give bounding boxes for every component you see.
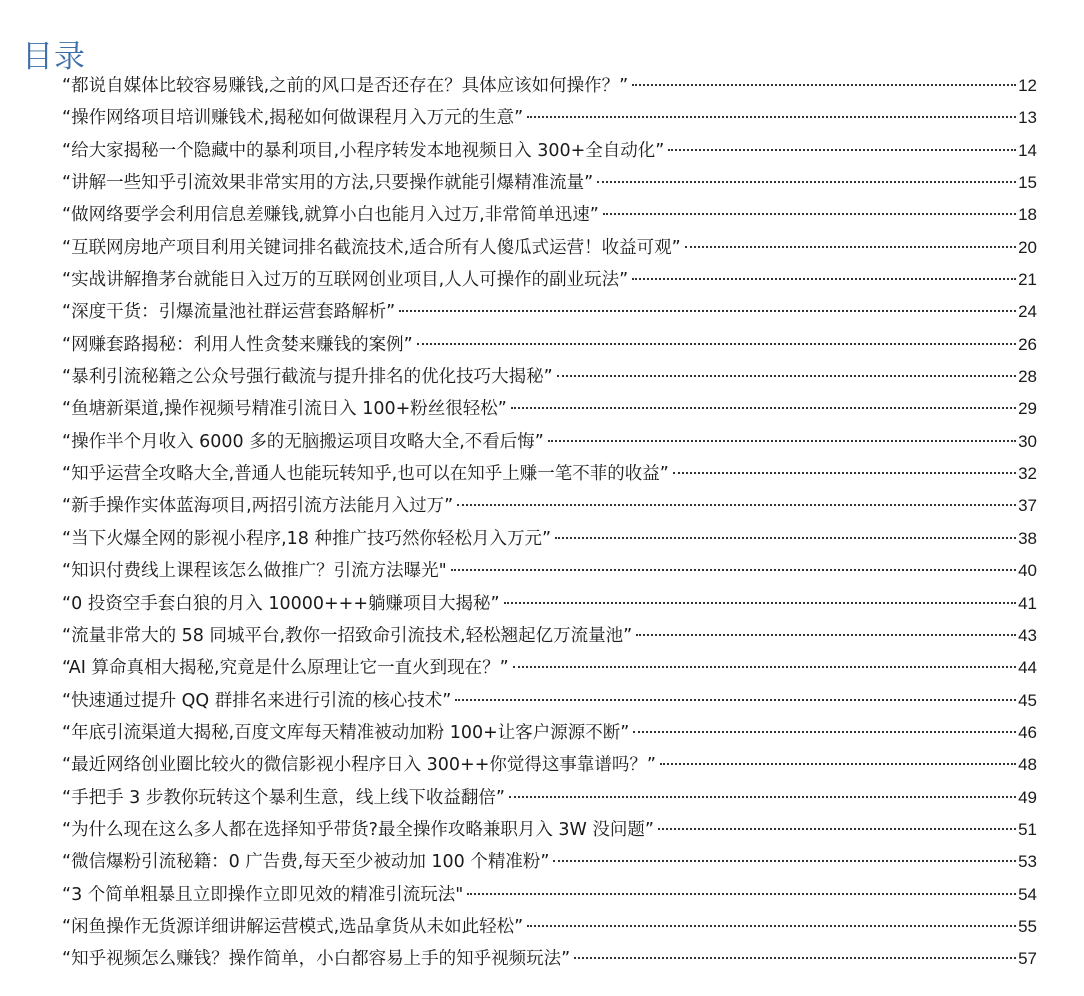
toc-page-number: 20	[1018, 232, 1037, 264]
dot-leader	[417, 343, 1016, 345]
dot-leader	[633, 731, 1016, 733]
toc-entry[interactable]: “微信爆粉引流秘籍：0 广告费,每天至少被动加 100 个精准粉”53	[62, 846, 1037, 878]
toc-page-number: 32	[1018, 458, 1037, 490]
dot-leader	[673, 472, 1016, 474]
dot-leader	[527, 116, 1016, 118]
toc-entry-title: “互联网房地产项目利用关键词排名截流技术,适合所有人傻瓜式运营！收益可观”	[62, 232, 681, 264]
toc-entry[interactable]: “讲解一些知乎引流效果非常实用的方法,只要操作就能引爆精准流量”15	[62, 167, 1037, 199]
toc-page-number: 53	[1018, 846, 1037, 878]
toc-entry-title: “知乎运营全攻略大全,普通人也能玩转知乎,也可以在知乎上赚一笔不菲的收益”	[62, 458, 669, 490]
dot-leader	[658, 828, 1016, 830]
dot-leader	[467, 893, 1016, 895]
toc-entry[interactable]: “当下火爆全网的影视小程序,18 种推广技巧然你轻松月入万元”38	[62, 523, 1037, 555]
toc-entry[interactable]: “深度干货：引爆流量池社群运营套路解析”24	[62, 296, 1037, 328]
toc-entry[interactable]: “快速通过提升 QQ 群排名来进行引流的核心技术”45	[62, 685, 1037, 717]
toc-entry-title: “流量非常大的 58 同城平台,教你一招致命引流技术,轻松翘起亿万流量池”	[62, 620, 632, 652]
toc-page-number: 13	[1018, 102, 1037, 134]
toc-entry-title: “年底引流渠道大揭秘,百度文库每天精准被动加粉 100+让客户源源不断”	[62, 717, 629, 749]
toc-entry[interactable]: “3 个简单粗暴且立即操作立即见效的精准引流玩法"54	[62, 879, 1037, 911]
dot-leader	[632, 278, 1016, 280]
toc-page-number: 37	[1018, 490, 1037, 522]
dot-leader	[451, 569, 1016, 571]
dot-leader	[399, 310, 1016, 312]
toc-entry[interactable]: “手把手 3 步教你玩转这个暴利生意，线上线下收益翻倍”49	[62, 782, 1037, 814]
toc-entry[interactable]: “互联网房地产项目利用关键词排名截流技术,适合所有人傻瓜式运营！收益可观”20	[62, 232, 1037, 264]
dot-leader	[632, 84, 1016, 86]
toc-entry[interactable]: “给大家揭秘一个隐藏中的暴利项目,小程序转发本地视频日入 300+全自动化”14	[62, 135, 1037, 167]
toc-entry-title: “深度干货：引爆流量池社群运营套路解析”	[62, 296, 395, 328]
toc-entry-title: “闲鱼操作无货源详细讲解运营模式,选品拿货从未如此轻松”	[62, 911, 523, 943]
dot-leader	[668, 149, 1016, 151]
dot-leader	[603, 213, 1016, 215]
dot-leader	[457, 504, 1016, 506]
dot-leader	[636, 634, 1016, 636]
toc-page-number: 24	[1018, 296, 1037, 328]
toc-page-number: 57	[1018, 943, 1037, 975]
dot-leader	[660, 763, 1016, 765]
dot-leader	[455, 699, 1016, 701]
toc-entry-title: “操作网络项目培训赚钱术,揭秘如何做课程月入万元的生意”	[62, 102, 523, 134]
dot-leader	[597, 181, 1016, 183]
toc-page-number: 28	[1018, 361, 1037, 393]
toc-entry-title: “做网络要学会利用信息差赚钱,就算小白也能月入过万,非常简单迅速”	[62, 199, 599, 231]
dot-leader	[513, 666, 1016, 668]
toc-entry[interactable]: “都说自媒体比较容易赚钱,之前的风口是否还存在？具体应该如何操作？”12	[62, 70, 1037, 102]
toc-entry[interactable]: “流量非常大的 58 同城平台,教你一招致命引流技术,轻松翘起亿万流量池”43	[62, 620, 1037, 652]
toc-entry[interactable]: “知乎运营全攻略大全,普通人也能玩转知乎,也可以在知乎上赚一笔不菲的收益”32	[62, 458, 1037, 490]
toc-entry-title: “0 投资空手套白狼的月入 10000+++躺赚项目大揭秘”	[62, 588, 500, 620]
dot-leader	[511, 407, 1016, 409]
toc-entry-title: “快速通过提升 QQ 群排名来进行引流的核心技术”	[62, 685, 451, 717]
toc-page-number: 44	[1018, 652, 1037, 684]
toc-page-number: 15	[1018, 167, 1037, 199]
toc-entry[interactable]: “闲鱼操作无货源详细讲解运营模式,选品拿货从未如此轻松”55	[62, 911, 1037, 943]
toc-entry[interactable]: “知识付费线上课程该怎么做推广？引流方法曝光"40	[62, 555, 1037, 587]
toc-entry[interactable]: “知乎视频怎么赚钱？操作简单，小白都容易上手的知乎视频玩法”57	[62, 943, 1037, 975]
toc-entry[interactable]: “网赚套路揭秘：利用人性贪婪来赚钱的案例”26	[62, 329, 1037, 361]
toc-entry[interactable]: “年底引流渠道大揭秘,百度文库每天精准被动加粉 100+让客户源源不断”46	[62, 717, 1037, 749]
toc-entry[interactable]: “操作半个月收入 6000 多的无脑搬运项目攻略大全,不看后悔”30	[62, 426, 1037, 458]
toc-page-number: 29	[1018, 393, 1037, 425]
toc-entry-title: “网赚套路揭秘：利用人性贪婪来赚钱的案例”	[62, 329, 413, 361]
toc-entry[interactable]: “最近网络创业圈比较火的微信影视小程序日入 300++你觉得这事靠谱吗？”48	[62, 749, 1037, 781]
toc-page-number: 40	[1018, 555, 1037, 587]
toc-entry[interactable]: “为什么现在这么多人都在选择知乎带货?最全操作攻略兼职月入 3W 没问题”51	[62, 814, 1037, 846]
toc-entry-title: “都说自媒体比较容易赚钱,之前的风口是否还存在？具体应该如何操作？”	[62, 70, 628, 102]
toc-entry-title: “最近网络创业圈比较火的微信影视小程序日入 300++你觉得这事靠谱吗？”	[62, 749, 656, 781]
toc-entry-title: “新手操作实体蓝海项目,两招引流方法能月入过万”	[62, 490, 453, 522]
toc-page-number: 48	[1018, 749, 1037, 781]
toc-list: “都说自媒体比较容易赚钱,之前的风口是否还存在？具体应该如何操作？”12 “操作…	[62, 70, 1037, 976]
dot-leader	[557, 375, 1016, 377]
toc-page-number: 43	[1018, 620, 1037, 652]
toc-entry[interactable]: “实战讲解撸茅台就能日入过万的互联网创业项目,人人可操作的副业玩法”21	[62, 264, 1037, 296]
toc-page-number: 49	[1018, 782, 1037, 814]
toc-page-number: 51	[1018, 814, 1037, 846]
toc-entry-title: “知识付费线上课程该怎么做推广？引流方法曝光"	[62, 555, 447, 587]
toc-entry[interactable]: “AI 算命真相大揭秘,究竟是什么原理让它一直火到现在？”44	[62, 652, 1037, 684]
dot-leader	[504, 602, 1017, 604]
toc-entry-title: “微信爆粉引流秘籍：0 广告费,每天至少被动加 100 个精准粉”	[62, 846, 549, 878]
toc-entry[interactable]: “鱼塘新渠道,操作视频号精准引流日入 100+粉丝很轻松”29	[62, 393, 1037, 425]
toc-entry-title: “操作半个月收入 6000 多的无脑搬运项目攻略大全,不看后悔”	[62, 426, 544, 458]
toc-entry-title: “实战讲解撸茅台就能日入过万的互联网创业项目,人人可操作的副业玩法”	[62, 264, 628, 296]
toc-page-number: 26	[1018, 329, 1037, 361]
dot-leader	[527, 925, 1016, 927]
toc-entry-title: “讲解一些知乎引流效果非常实用的方法,只要操作就能引爆精准流量”	[62, 167, 593, 199]
dot-leader	[555, 537, 1016, 539]
toc-entry-title: “为什么现在这么多人都在选择知乎带货?最全操作攻略兼职月入 3W 没问题”	[62, 814, 654, 846]
toc-page-number: 46	[1018, 717, 1037, 749]
toc-entry-title: “AI 算命真相大揭秘,究竟是什么原理让它一直火到现在？”	[62, 652, 509, 684]
toc-entry-title: “知乎视频怎么赚钱？操作简单，小白都容易上手的知乎视频玩法”	[62, 943, 570, 975]
toc-page-number: 18	[1018, 199, 1037, 231]
toc-entry[interactable]: “操作网络项目培训赚钱术,揭秘如何做课程月入万元的生意”13	[62, 102, 1037, 134]
toc-entry-title: “手把手 3 步教你玩转这个暴利生意，线上线下收益翻倍”	[62, 782, 505, 814]
toc-page-number: 30	[1018, 426, 1037, 458]
toc-entry-title: “鱼塘新渠道,操作视频号精准引流日入 100+粉丝很轻松”	[62, 393, 507, 425]
dot-leader	[509, 796, 1016, 798]
toc-page-number: 21	[1018, 264, 1037, 296]
toc-entry[interactable]: “做网络要学会利用信息差赚钱,就算小白也能月入过万,非常简单迅速”18	[62, 199, 1037, 231]
toc-page-number: 12	[1018, 70, 1037, 102]
toc-entry-title: “给大家揭秘一个隐藏中的暴利项目,小程序转发本地视频日入 300+全自动化”	[62, 135, 664, 167]
dot-leader	[685, 246, 1016, 248]
toc-page-number: 55	[1018, 911, 1037, 943]
toc-page-number: 54	[1018, 879, 1037, 911]
toc-entry[interactable]: “新手操作实体蓝海项目,两招引流方法能月入过万”37	[62, 490, 1037, 522]
toc-page-number: 45	[1018, 685, 1037, 717]
toc-entry[interactable]: “0 投资空手套白狼的月入 10000+++躺赚项目大揭秘”41	[62, 588, 1037, 620]
dot-leader	[574, 957, 1016, 959]
toc-entry[interactable]: “暴利引流秘籍之公众号强行截流与提升排名的优化技巧大揭秘”28	[62, 361, 1037, 393]
dot-leader	[553, 860, 1016, 862]
toc-entry-title: “暴利引流秘籍之公众号强行截流与提升排名的优化技巧大揭秘”	[62, 361, 553, 393]
toc-page-number: 38	[1018, 523, 1037, 555]
dot-leader	[548, 440, 1016, 442]
toc-page-number: 14	[1018, 135, 1037, 167]
toc-entry-title: “当下火爆全网的影视小程序,18 种推广技巧然你轻松月入万元”	[62, 523, 551, 555]
toc-entry-title: “3 个简单粗暴且立即操作立即见效的精准引流玩法"	[62, 879, 463, 911]
toc-page-number: 41	[1018, 588, 1037, 620]
